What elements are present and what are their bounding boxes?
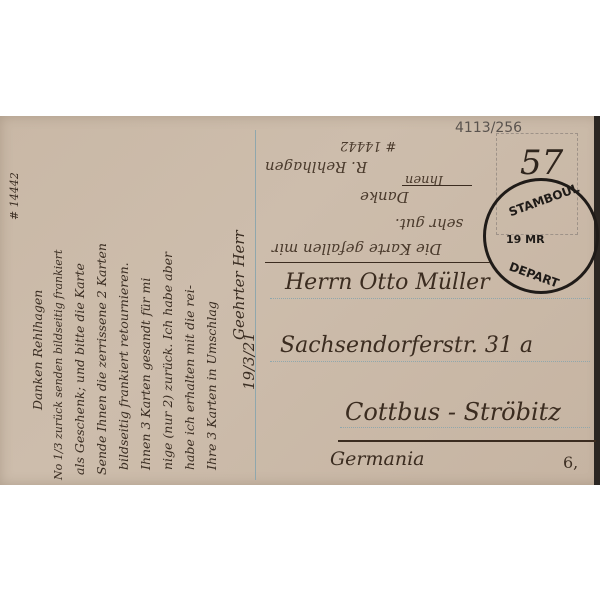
corner-mark: 6, bbox=[563, 453, 578, 472]
letter-line: Sende Ihnen die zerrissene 2 Karten bbox=[94, 243, 109, 475]
letter-line: nige (nur 2) zurück. Ich habe aber bbox=[160, 252, 175, 470]
postmark-date: 19 MR bbox=[506, 233, 545, 246]
address-recipient: Herrn Otto Müller bbox=[285, 270, 490, 295]
letter-line: habe ich erhalten mit die rei- bbox=[182, 285, 197, 470]
divider-line bbox=[255, 130, 256, 480]
address-dotted-line bbox=[340, 427, 590, 428]
upside-down-note-line: sehr gut. bbox=[395, 215, 463, 233]
upside-down-note-line: Danke bbox=[360, 188, 409, 206]
handwritten-letter: 19/3/21 Geehrter Herr Ihre 3 Karten in U… bbox=[8, 140, 258, 480]
letter-line: No 1/3 zurück senden bildseitig frankier… bbox=[52, 250, 65, 480]
stamp-area-mark: 57 bbox=[520, 143, 563, 183]
upside-down-note-line: # 14442 bbox=[340, 138, 396, 153]
address-underline bbox=[338, 440, 596, 442]
letter-line: bildseitig frankiert retournieren. bbox=[116, 262, 131, 470]
address-city: Cottbus - Ströbitz bbox=[345, 398, 561, 426]
address-dotted-line bbox=[270, 361, 590, 362]
upside-down-note-line: R. Rehlhagen bbox=[265, 158, 367, 176]
letter-reference-number: # 14442 bbox=[8, 172, 21, 220]
address-street: Sachsendorferstr. 31 a bbox=[280, 333, 533, 358]
note-underline bbox=[402, 185, 472, 186]
card-edge bbox=[594, 116, 600, 485]
letter-line: Ihre 3 Karten in Umschlag bbox=[204, 301, 219, 470]
address-dotted-line bbox=[270, 298, 590, 299]
address-top-rule bbox=[265, 262, 490, 263]
letter-line: Ihnen 3 Karten gesandt für mi bbox=[138, 278, 153, 470]
letter-line: als Geschenk; und bitte die Karte bbox=[72, 263, 87, 475]
letter-signature: Danken Rehlhagen bbox=[30, 290, 45, 410]
letter-salutation: Geehrter Herr bbox=[230, 230, 248, 340]
address-country: Germania bbox=[330, 448, 425, 470]
upside-down-note-line: Die Karte gefallen mir bbox=[272, 240, 442, 258]
